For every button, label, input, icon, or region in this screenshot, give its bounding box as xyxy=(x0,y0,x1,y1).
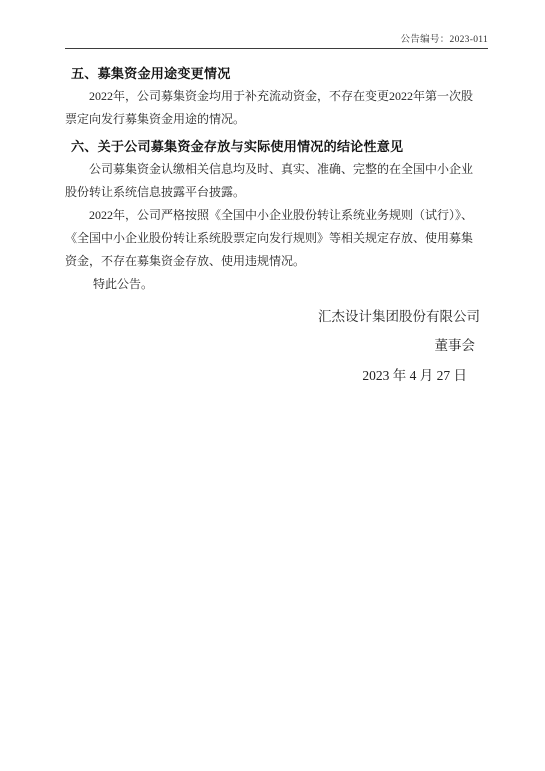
company-name: 汇杰设计集团股份有限公司 xyxy=(65,302,487,332)
document-body: 五、募集资金用途变更情况 2022年，公司募集资金均用于补充流动资金，不存在变更… xyxy=(65,62,487,391)
section-5-paragraph-1: 2022年，公司募集资金均用于补充流动资金，不存在变更2022年第一次股 票定向… xyxy=(65,85,487,131)
section-5-heading: 五、募集资金用途变更情况 xyxy=(65,62,487,85)
announcement-page: 公告编号：2023-011 五、募集资金用途变更情况 2022年，公司募集资金均… xyxy=(0,0,545,771)
section-6-paragraph-1: 公司募集资金认缴相关信息均及时、真实、准确、完整的在全国中小企业 股份转让系统信… xyxy=(65,158,487,204)
section-6-heading: 六、关于公司募集资金存放与实际使用情况的结论性意见 xyxy=(65,135,487,158)
notice-number: 公告编号：2023-011 xyxy=(0,0,488,46)
signature-block: 汇杰设计集团股份有限公司 董事会 2023 年 4 月 27 日 xyxy=(65,302,487,391)
announcement-date: 2023 年 4 月 27 日 xyxy=(65,361,487,391)
section-6-paragraph-2: 2022年，公司严格按照《全国中小企业股份转让系统业务规则（试行）》、 《全国中… xyxy=(65,204,487,273)
header-divider xyxy=(65,48,488,49)
board-signer: 董事会 xyxy=(65,331,487,361)
closing-statement: 特此公告。 xyxy=(65,273,487,296)
